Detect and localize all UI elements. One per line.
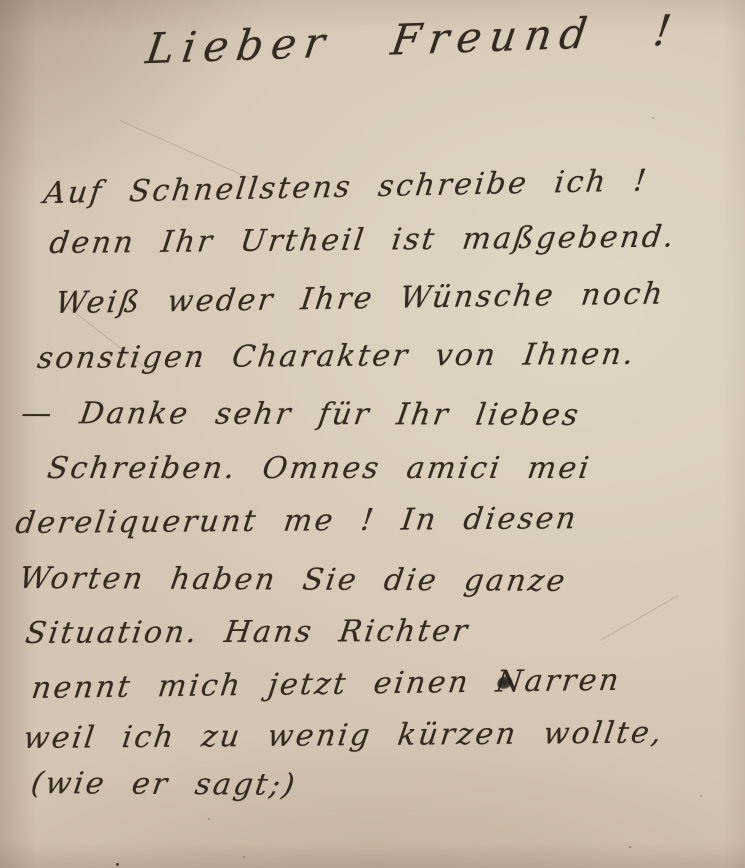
handwritten-line: Weiß weder Ihre Wünsche noch <box>54 276 667 321</box>
handwritten-line: Auf Schnellstens schreibe ich ! <box>42 163 651 211</box>
letter-page: Lieber Freund ! Auf Schnellstens schreib… <box>0 0 745 868</box>
show-through-stroke <box>600 595 678 641</box>
handwritten-line: weil ich zu wenig kürzen wollte, <box>21 715 665 756</box>
letter-salutation: Lieber Freund ! <box>143 5 682 73</box>
handwritten-line: dereliquerunt me ! In diesen <box>13 501 580 541</box>
ink-speck <box>652 117 654 119</box>
ink-speck <box>208 818 210 820</box>
ink-speck <box>629 846 631 848</box>
handwritten-line: Situation. Hans Richter <box>23 614 472 651</box>
handwritten-line: sonstigen Charakter von Ihnen. <box>35 337 638 376</box>
handwritten-line: (wie er sagt;) <box>29 766 299 803</box>
ink-speck <box>700 795 702 797</box>
handwritten-line: Worten haben Sie die ganze <box>17 561 569 599</box>
ink-speck <box>243 856 245 858</box>
handwritten-line: — Danke sehr für Ihr liebes <box>19 396 583 433</box>
ink-speck <box>116 863 119 866</box>
handwritten-line: Schreiben. Omnes amici mei <box>45 451 593 486</box>
handwritten-line: nennt mich jetzt einen Narren <box>30 663 624 706</box>
handwritten-line: denn Ihr Urtheil ist maßgebend. <box>47 219 678 261</box>
